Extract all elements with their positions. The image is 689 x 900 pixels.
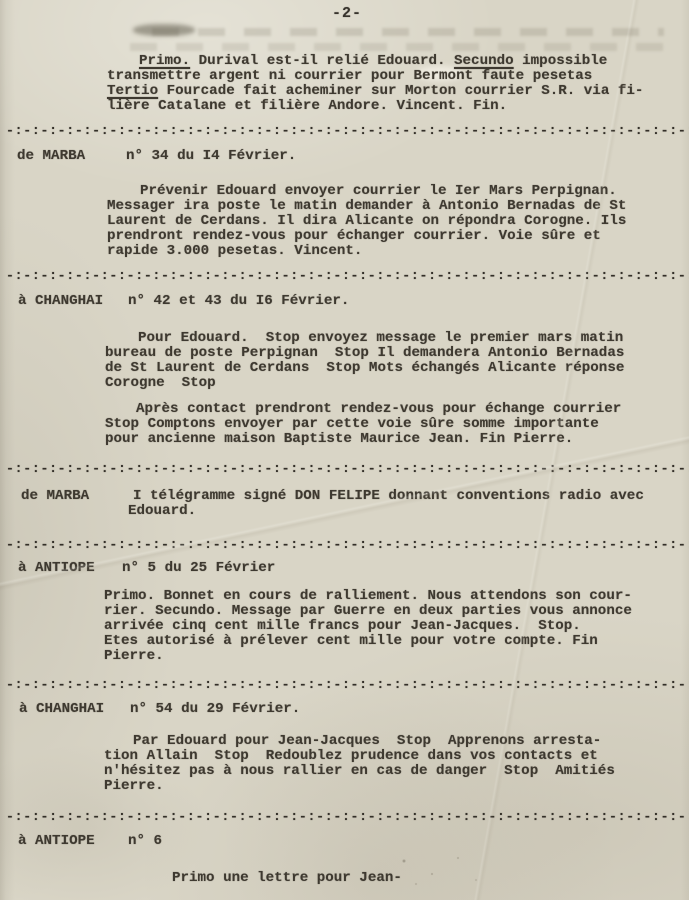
telegram-line: bureau de poste Perpignan Stop Il demand…: [105, 346, 624, 361]
sender-label: de MARBA: [21, 489, 89, 504]
telegram-line: Corogne Stop: [105, 376, 216, 391]
ink-smudge: [133, 24, 195, 36]
telegram-line: Stop Comptons envoyer par cette voie sûr…: [105, 417, 599, 432]
telegram-line: Pour Edouard. Stop envoyez message le pr…: [138, 331, 623, 346]
telegram-line: Tertio Fourcade fait acheminer sur Morto…: [107, 84, 643, 99]
message-number: n° 6: [128, 834, 162, 849]
underlined-word: Tertio: [107, 83, 158, 99]
divider-line: -:-:-:-:-:-:-:-:-:-:-:-:-:-:-:-:-:-:-:-:…: [6, 809, 689, 824]
telegram-line: Après contact prendront rendez-vous pour…: [136, 402, 621, 417]
divider-line: -:-:-:-:-:-:-:-:-:-:-:-:-:-:-:-:-:-:-:-:…: [6, 268, 689, 283]
telegram-line: Laurent de Cerdans. Il dira Alicante on …: [107, 214, 626, 229]
message-number: n° 42 et 43 du I6 Février.: [128, 294, 349, 309]
scanned-telegram-page: -2- Primo. Durival est-il relié Edouard.…: [0, 0, 689, 900]
sender-label: à CHANGHAI: [19, 702, 104, 717]
divider-line: -:-:-:-:-:-:-:-:-:-:-:-:-:-:-:-:-:-:-:-:…: [6, 537, 689, 552]
telegram-line: Edouard.: [128, 504, 196, 519]
telegram-line: Messager ira poste le matin demander à A…: [107, 199, 626, 214]
divider-line: -:-:-:-:-:-:-:-:-:-:-:-:-:-:-:-:-:-:-:-:…: [6, 123, 689, 138]
telegram-line: de St Laurent de Cerdans Stop Mots échan…: [105, 361, 624, 376]
telegram-line: rapide 3.000 pesetas. Vincent.: [107, 244, 362, 259]
telegram-line: pour ancienne maison Baptiste Maurice Je…: [105, 432, 573, 447]
underlined-word: Secundo: [454, 53, 514, 69]
telegram-line: Primo. Durival est-il relié Edouard. Sec…: [139, 54, 607, 69]
telegram-line: Pierre.: [104, 779, 164, 794]
telegram-line: arrivée cinq cent mille francs pour Jean…: [104, 619, 581, 634]
message-number: n° 54 du 29 Février.: [130, 702, 300, 717]
telegram-line: lière Catalane et filière Andore. Vincen…: [107, 99, 507, 114]
sender-label: à CHANGHAI: [18, 294, 103, 309]
underlined-word: Primo.: [139, 53, 190, 69]
sender-label: à ANTIOPE: [18, 834, 95, 849]
telegram-line: rier. Secundo. Message par Guerre en deu…: [104, 604, 632, 619]
telegram-line: Prévenir Edouard envoyer courrier le Ier…: [140, 184, 617, 199]
telegram-line: prendront rendez-vous pour échanger cour…: [107, 229, 601, 244]
telegram-line: Primo. Bonnet en cours de ralliement. No…: [104, 589, 632, 604]
bleedthrough-text: [152, 28, 664, 36]
telegram-line: I télégramme signé DON FELIPE donnant co…: [133, 489, 644, 504]
message-number: n° 34 du I4 Février.: [126, 149, 296, 164]
telegram-line: Primo une lettre pour Jean-: [172, 871, 402, 886]
telegram-line: Pierre.: [104, 649, 164, 664]
page-number: -2-: [332, 6, 362, 21]
bleedthrough-text: [130, 43, 670, 51]
divider-line: -:-:-:-:-:-:-:-:-:-:-:-:-:-:-:-:-:-:-:-:…: [6, 461, 689, 476]
telegram-line: n'hésitez pas à nous rallier en cas de d…: [104, 764, 615, 779]
telegram-line: Par Edouard pour Jean-Jacques Stop Appre…: [133, 734, 601, 749]
telegram-line: tion Allain Stop Redoublez prudence dans…: [104, 749, 598, 764]
message-number: n° 5 du 25 Février: [122, 561, 275, 576]
telegram-line: Etes autorisé à prélever cent mille pour…: [104, 634, 598, 649]
telegram-line: transmettre argent ni courrier pour Berm…: [107, 69, 592, 84]
sender-label: à ANTIOPE: [18, 561, 95, 576]
sender-label: de MARBA: [17, 149, 85, 164]
divider-line: -:-:-:-:-:-:-:-:-:-:-:-:-:-:-:-:-:-:-:-:…: [6, 677, 689, 692]
